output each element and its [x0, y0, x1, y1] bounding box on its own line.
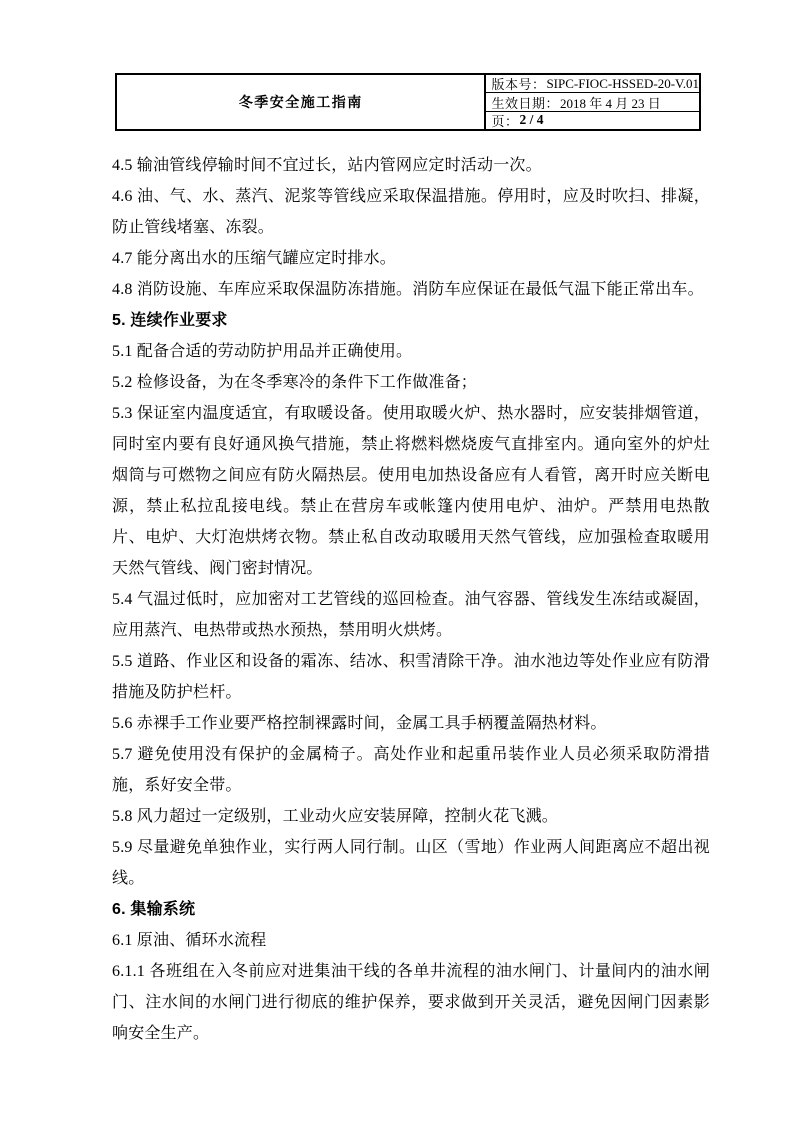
paragraph: 5.7 避免使用没有保护的金属椅子。高处作业和起重吊装作业人员必须采取防滑措施，…	[112, 739, 710, 801]
paragraph: 4.5 输油管线停输时间不宜过长，站内管网应定时活动一次。	[112, 150, 710, 181]
paragraph: 6.1 原油、循环水流程	[112, 925, 710, 956]
section-heading: 6. 集输系统	[112, 894, 710, 925]
header-info-row: 页：2 / 4	[486, 112, 699, 129]
header-title-cell: 冬季安全施工指南	[117, 75, 486, 129]
paragraph: 5.9 尽量避免单独作业，实行两人同行制。山区（雪地）作业两人间距离应不超出视线…	[112, 832, 710, 894]
paragraph: 5.1 配备合适的劳动防护用品并正确使用。	[112, 336, 710, 367]
header-info-rows: 版本号：SIPC-FIOC-HSSED-20-V.01生效日期：2018 年 4…	[486, 75, 699, 129]
paragraph: 4.6 油、气、水、蒸汽、泥浆等管线应采取保温措施。停用时，应及时吹扫、排凝，防…	[112, 181, 710, 243]
paragraph: 5.3 保证室内温度适宜，有取暖设备。使用取暖火炉、热水器时，应安装排烟管道，同…	[112, 398, 710, 584]
paragraph: 6.1.1 各班组在入冬前应对进集油干线的各单井流程的油水闸门、计量间内的油水闸…	[112, 956, 710, 1049]
paragraph: 5.6 赤裸手工作业要严格控制裸露时间，金属工具手柄覆盖隔热材料。	[112, 708, 710, 739]
info-value: 2 / 4	[519, 112, 543, 128]
paragraph: 4.8 消防设施、车库应采取保温防冻措施。消防车应保证在最低气温下能正常出车。	[112, 274, 710, 305]
info-label: 页：	[491, 112, 518, 129]
header-info-row: 版本号：SIPC-FIOC-HSSED-20-V.01	[486, 75, 699, 93]
paragraph: 5.4 气温过低时，应加密对工艺管线的巡回检查。油气容器、管线发生冻结或凝固，应…	[112, 584, 710, 646]
paragraph: 5.2 检修设备，为在冬季寒冷的条件下工作做准备；	[112, 367, 710, 398]
paragraph: 4.7 能分离出水的压缩气罐应定时排水。	[112, 243, 710, 274]
header-info-row: 生效日期：2018 年 4 月 23 日	[486, 93, 699, 111]
info-value: 2018 年 4 月 23 日	[560, 93, 661, 111]
document-page: 冬季安全施工指南 版本号：SIPC-FIOC-HSSED-20-V.01生效日期…	[0, 0, 793, 1122]
document-title: 冬季安全施工指南	[239, 92, 363, 112]
info-value: SIPC-FIOC-HSSED-20-V.01	[546, 76, 699, 92]
info-label: 生效日期：	[491, 93, 559, 111]
info-label: 版本号：	[491, 75, 545, 93]
header-table: 冬季安全施工指南 版本号：SIPC-FIOC-HSSED-20-V.01生效日期…	[115, 73, 701, 131]
document-body: 4.5 输油管线停输时间不宜过长，站内管网应定时活动一次。4.6 油、气、水、蒸…	[112, 150, 710, 1049]
paragraph: 5.5 道路、作业区和设备的霜冻、结冰、积雪清除干净。油水池边等处作业应有防滑措…	[112, 646, 710, 708]
section-heading: 5. 连续作业要求	[112, 305, 710, 336]
paragraph: 5.8 风力超过一定级别，工业动火应安装屏障，控制火花飞溅。	[112, 801, 710, 832]
